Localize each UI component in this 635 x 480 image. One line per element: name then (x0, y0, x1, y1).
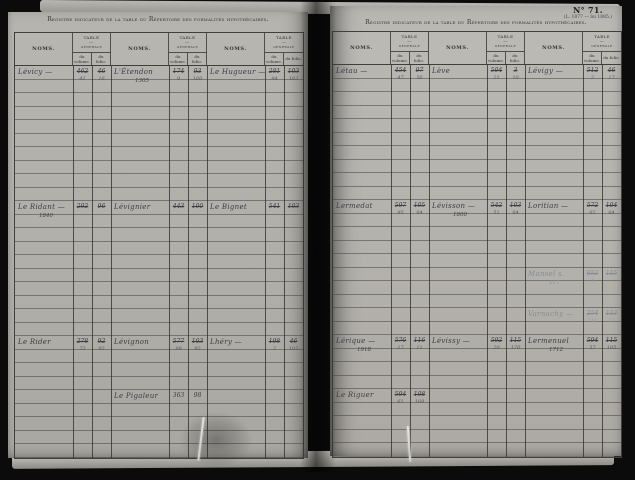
ledger-right-page: N° 71. (L. 1877 — loi 1885.) Registre in… (330, 6, 622, 456)
entry-volume: 652 (583, 270, 602, 277)
entry-name: Loritian — (528, 202, 568, 210)
entry-name: Lévicy — (18, 68, 52, 76)
entry-name: Lévissy — (432, 337, 470, 345)
table-row (333, 133, 621, 147)
entry-folio: 100 (188, 203, 207, 210)
table-row (15, 120, 303, 134)
table-generale-title: TABLE—générale (391, 32, 428, 52)
column-divider (525, 65, 526, 457)
table-row (15, 228, 303, 242)
table-generale-title-line: générale (591, 44, 612, 49)
column-divider (111, 66, 112, 458)
column-header-volume: du volume. (487, 52, 506, 65)
entry-volume: 278 (73, 338, 92, 345)
column-header-volume: du volume. (73, 53, 92, 66)
entry-name: Lhéry — (210, 338, 242, 346)
entry-name: Lève (432, 67, 450, 75)
entry-name: Lermedat (336, 202, 373, 210)
entry-volume: 198 (265, 338, 284, 345)
entry-folio-revision: 16 (92, 76, 111, 82)
column-header-volume: du volume. (391, 52, 410, 65)
table-row (333, 376, 621, 390)
entry-volume: 281 (265, 68, 284, 75)
column-divider (284, 66, 285, 458)
entry-folio-revision: 64 (410, 210, 429, 216)
table-row (333, 173, 621, 187)
entry-folio: 104 (602, 202, 621, 209)
column-header-table-generale: TABLE—généraledu volume.du folio. (583, 32, 621, 64)
entry-volume-revision: 41 (73, 76, 92, 82)
entry-volume-revision: 61 (391, 399, 410, 405)
table-row (15, 431, 303, 445)
table-row (333, 241, 621, 255)
table-row (333, 349, 621, 363)
entry-name: Varnachy — (528, 310, 573, 318)
entry-folio: 46 (284, 338, 303, 345)
entry-volume: 576 (391, 337, 410, 344)
entry-year-annotation: 1840 (39, 213, 53, 219)
entry-volume-revision: 47 (391, 75, 410, 81)
column-header-noms: NOMS. (111, 33, 169, 65)
entry-volume-revision: 94 (265, 76, 284, 82)
entry-folio-revision: 64 (602, 210, 621, 216)
column-header-table-generale: TABLE—généraledu volume.du folio. (391, 32, 429, 64)
entry-volume-revision: 20 (487, 345, 506, 351)
page-number-block: N° 71. (L. 1877 — loi 1885.) (564, 5, 612, 20)
table-row (333, 362, 621, 376)
entry-volume-revision: 21 (487, 75, 506, 81)
page-caption: Registre indicateur de la table du Réper… (330, 19, 622, 26)
table-row (333, 92, 621, 106)
entry-volume-revision: 99 (169, 346, 188, 352)
entry-folio-revision: 17 (602, 75, 621, 81)
entry-folio-revision: 183 (284, 76, 303, 82)
entry-folio: 46 (92, 68, 111, 75)
table-row (333, 295, 621, 309)
table-row (15, 107, 303, 121)
ledger-table-left: NOMS.TABLE—généraledu volume.du folio.NO… (14, 32, 304, 459)
table-row (333, 254, 621, 268)
table-generale-subheaders: du volume.du folio. (265, 53, 303, 66)
entry-year-annotation: 1712 (549, 347, 563, 353)
table-row (15, 323, 303, 337)
table-row (15, 161, 303, 175)
column-divider (506, 65, 507, 457)
entry-folio-revision: 11 (410, 345, 429, 351)
column-header-folio: du folio. (410, 52, 428, 65)
entry-volume-revision: 95 (391, 210, 410, 216)
entry-folio: 113 (602, 310, 621, 317)
table-row (333, 200, 621, 214)
table-generale-title: TABLE—générale (169, 33, 206, 53)
entry-folio-revision: 10 (506, 75, 525, 81)
page-caption: Registre indicateur de la table du Réper… (8, 16, 308, 23)
table-row (15, 417, 303, 431)
table-row (15, 377, 303, 391)
column-header-folio: du folio. (602, 52, 621, 65)
entry-volume-revision: 4 (583, 278, 602, 284)
entry-volume: 577 (169, 338, 188, 345)
entry-volume: 462 (73, 68, 92, 75)
entry-volume: 541 (265, 203, 284, 210)
page-number-law-note: (L. 1877 — loi 1885.) (564, 15, 612, 20)
column-header-folio: du folio. (188, 53, 206, 66)
table-row (15, 269, 303, 283)
table-row (333, 187, 621, 201)
table-generale-subheaders: du volume.du folio. (487, 52, 524, 65)
column-header-noms: NOMS. (15, 33, 73, 65)
entry-folio: 103 (284, 203, 303, 210)
column-divider (583, 65, 584, 457)
entry-volume: 542 (487, 202, 506, 209)
entry-volume: 504 (487, 67, 506, 74)
table-row (333, 227, 621, 241)
column-header-noms: NOMS. (525, 32, 583, 64)
table-row (333, 430, 621, 444)
table-generale-title-line: générale (81, 45, 102, 50)
table-header: NOMS.TABLE—généraledu volume.du folio.NO… (333, 32, 621, 65)
entry-folio-revision: 56 (410, 75, 429, 81)
table-row (15, 296, 303, 310)
entry-volume: 292 (73, 203, 92, 210)
column-header-table-generale: TABLE—généraledu volume.du folio. (73, 33, 111, 65)
entry-folio: 103 (506, 202, 525, 209)
column-divider (92, 66, 93, 458)
table-row (15, 242, 303, 256)
table-row (15, 255, 303, 269)
entry-folio: 93 (188, 68, 207, 75)
column-header-table-generale: TABLE—généraledu volume.du folio. (265, 33, 303, 65)
table-row (15, 80, 303, 94)
column-header-noms: NOMS. (429, 32, 487, 64)
table-row (15, 309, 303, 323)
entry-name: Létau — (336, 67, 368, 75)
entry-name: Le Hugueur — (210, 68, 265, 76)
entry-folio-revision: 92 (188, 346, 207, 352)
table-generale-title: TABLE—générale (583, 32, 621, 52)
table-row (15, 282, 303, 296)
entry-name: L'Étendon (114, 68, 153, 76)
entry-folio-revision: 103 (284, 346, 303, 352)
entry-folio-revision: 64 (506, 210, 525, 216)
entry-name: Lévignon (114, 338, 149, 346)
entry-folio-revision: 92 (92, 346, 111, 352)
entry-folio: 98 (188, 392, 207, 399)
table-row (333, 322, 621, 336)
ledger-left-page: Registre indicateur de la table du Réper… (8, 12, 308, 458)
entry-folio: 115 (506, 337, 525, 344)
entry-folio-revision: 105 (602, 345, 621, 351)
table-generale-title-line: générale (177, 45, 198, 50)
entry-name: Lermenuel (528, 337, 569, 345)
table-row (15, 147, 303, 161)
entry-name: Le Ridant — (18, 203, 65, 211)
entry-volume-revision: 62 (583, 210, 602, 216)
entry-name: Mansel s. (528, 270, 565, 278)
entry-name: Le Riguer (336, 391, 374, 399)
ledger-table-right: NOMS.TABLE—généraledu volume.du folio.NO… (332, 31, 622, 458)
table-body (15, 66, 303, 458)
scanned-register-photo: Registre indicateur de la table du Réper… (0, 0, 635, 480)
entry-volume: 512 (583, 67, 602, 74)
column-divider (602, 65, 603, 457)
entry-year-annotation: 117 (549, 280, 560, 286)
table-row (15, 350, 303, 364)
table-row (15, 390, 303, 404)
table-row (333, 65, 621, 79)
column-header-folio: du folio. (506, 52, 524, 65)
entry-volume: 363 (169, 392, 188, 399)
table-generale-subheaders: du volume.du folio. (169, 53, 206, 66)
column-header-folio: du folio. (92, 53, 110, 66)
table-row (333, 403, 621, 417)
entry-name: Le Bignet (210, 203, 247, 211)
entry-volume-revision: 9 (169, 76, 188, 82)
table-row (333, 214, 621, 228)
table-row (15, 134, 303, 148)
entry-folio: 97 (410, 67, 429, 74)
column-divider (429, 65, 430, 457)
entry-folio-revision: 160 (188, 76, 207, 82)
entry-folio: 115 (602, 270, 621, 277)
entry-folio: 108 (410, 391, 429, 398)
entry-volume: 443 (169, 203, 188, 210)
entry-name: Le Rider (18, 338, 51, 346)
table-generale-title-line: générale (273, 45, 294, 50)
entry-volume: 597 (391, 202, 410, 209)
entry-folio: 116 (410, 337, 429, 344)
table-generale-title: TABLE—générale (73, 33, 110, 53)
column-header-table-generale: TABLE—généraledu volume.du folio. (487, 32, 525, 64)
column-divider (487, 65, 488, 457)
entry-folio: 3 (506, 67, 525, 74)
table-row (333, 119, 621, 133)
table-generale-title: TABLE—générale (265, 33, 303, 53)
table-generale-title-line: générale (399, 44, 420, 49)
entry-folio: 96 (92, 203, 111, 210)
entry-folio-revision: 176 (506, 345, 525, 351)
entry-volume: 454 (391, 67, 410, 74)
table-row (15, 444, 303, 458)
table-row (333, 79, 621, 93)
entry-volume: 174 (169, 68, 188, 75)
table-generale-subheaders: du volume.du folio. (391, 52, 428, 65)
table-row (333, 416, 621, 430)
table-row (333, 308, 621, 322)
table-row (333, 389, 621, 403)
column-header-folio: du folio. (284, 53, 303, 66)
entry-folio: 103 (284, 68, 303, 75)
entry-folio-revision: 17 (602, 318, 621, 324)
table-row (15, 363, 303, 377)
entry-name: Le Pigaleur (114, 392, 158, 400)
entry-volume: 572 (583, 202, 602, 209)
entry-name: Lévigy — (528, 67, 563, 75)
table-row (333, 443, 621, 457)
entry-volume-revision: 2 (265, 346, 284, 352)
entry-volume-revision: 111 (583, 318, 602, 324)
column-header-volume: du volume. (265, 53, 284, 66)
entry-folio: 92 (92, 338, 111, 345)
page-number: N° 71. (564, 5, 612, 15)
column-divider (73, 66, 74, 458)
entry-volume-revision: 72 (73, 346, 92, 352)
table-body (333, 65, 621, 457)
table-row (15, 93, 303, 107)
table-row (333, 106, 621, 120)
entry-volume: 594 (583, 337, 602, 344)
table-row (15, 336, 303, 350)
entry-folio: 46 (602, 67, 621, 74)
table-row (333, 160, 621, 174)
entry-name: Lérique — (336, 337, 375, 345)
entry-folio: 103 (188, 338, 207, 345)
column-header-volume: du volume. (169, 53, 188, 66)
entry-year-annotation: 1800 (453, 212, 467, 218)
column-header-volume: du volume. (583, 52, 602, 65)
entry-year-annotation: 1918 (357, 347, 371, 353)
column-divider (207, 66, 208, 458)
table-row (333, 146, 621, 160)
entry-volume-revision: 51 (487, 210, 506, 216)
entry-folio: 115 (602, 337, 621, 344)
entry-name: Lévignier (114, 203, 150, 211)
entry-volume: 592 (487, 337, 506, 344)
column-divider (265, 66, 266, 458)
entry-name: Lévisson — (432, 202, 475, 210)
column-header-table-generale: TABLE—généraledu volume.du folio. (169, 33, 207, 65)
table-row (15, 188, 303, 202)
entry-folio: 105 (410, 202, 429, 209)
table-row (15, 174, 303, 188)
entry-folio-revision: 169 (410, 399, 429, 405)
entry-year-annotation: 1305 (135, 78, 149, 84)
table-generale-title: TABLE—générale (487, 32, 524, 52)
table-row (333, 268, 621, 282)
column-header-noms: NOMS. (333, 32, 391, 64)
table-generale-subheaders: du volume.du folio. (583, 52, 621, 65)
table-row (15, 215, 303, 229)
entry-volume-revision: 17 (391, 345, 410, 351)
table-generale-title-line: générale (495, 44, 516, 49)
entry-volume-revision: 57 (583, 345, 602, 351)
entry-volume: 594 (391, 391, 410, 398)
table-generale-subheaders: du volume.du folio. (73, 53, 110, 66)
table-row (333, 335, 621, 349)
entry-volume: 254 (583, 310, 602, 317)
table-header: NOMS.TABLE—généraledu volume.du folio.NO… (15, 33, 303, 66)
table-row (15, 404, 303, 418)
entry-volume-revision: 2 (583, 75, 602, 81)
table-row (333, 281, 621, 295)
column-header-noms: NOMS. (207, 33, 265, 65)
